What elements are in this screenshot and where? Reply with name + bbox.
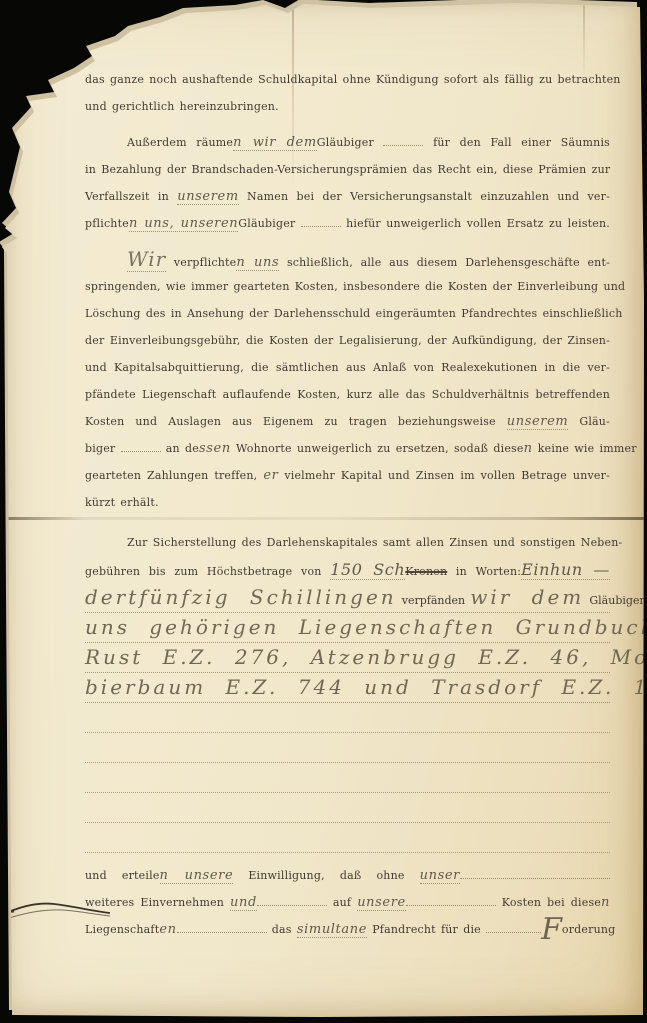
printed-text: und gerichtlich hereinzubringen. bbox=[85, 100, 279, 113]
handwritten-text: n bbox=[524, 441, 533, 456]
text-line: Kosten und Auslagen aus Eigenem zu trage… bbox=[85, 408, 610, 435]
printed-text: in Worten: bbox=[456, 565, 521, 578]
printed-text: Liegenschaft bbox=[85, 923, 159, 936]
handwritten-text: n unsere bbox=[160, 868, 234, 884]
handwritten-text: unserem bbox=[177, 189, 239, 205]
text-line: das ganze noch aushaftende Schuldkapital… bbox=[85, 66, 610, 93]
printed-text: Gläubiger bbox=[317, 136, 374, 149]
text-line: Löschung des in Ansehung der Darlehenssc… bbox=[85, 300, 610, 327]
dotted-blank bbox=[257, 894, 327, 906]
handwritten-text: Wir bbox=[127, 247, 166, 272]
ruled-blank-line bbox=[85, 733, 610, 763]
handwritten-text: Rust E.Z. 276, Atzenbrugg E.Z. 46, Moos- bbox=[85, 645, 647, 669]
printed-text: Gläu- bbox=[579, 415, 610, 428]
text-line: und gerichtlich hereinzubringen. bbox=[85, 93, 610, 120]
printed-text: Zur Sicherstellung des Darlehenskapitale… bbox=[127, 536, 622, 549]
printed-text: schließlich, alle aus diesem Darlehensge… bbox=[287, 256, 610, 269]
handwritten-text: unser bbox=[420, 868, 460, 884]
struck-word: Kronen bbox=[405, 565, 447, 578]
handwritten-line: bierbaum E.Z. 744 und Trasdorf E.Z. 1009 bbox=[85, 673, 610, 703]
printed-text: verpflichte bbox=[174, 256, 237, 269]
text-line: Wir verpflichten uns schließlich, alle a… bbox=[85, 246, 610, 273]
handwritten-text: simultane bbox=[297, 922, 367, 938]
printed-text: weiteres Einvernehmen bbox=[85, 896, 224, 909]
handwritten-text: und bbox=[230, 895, 257, 911]
printed-text: das ganze noch aushaftende Schuldkapital… bbox=[85, 73, 621, 86]
text-line: biger an dessen Wohnorte unweigerlich zu… bbox=[85, 435, 610, 462]
handwritten-initial: F bbox=[541, 912, 562, 947]
printed-text: auf bbox=[333, 896, 351, 909]
handwritten-text: en bbox=[159, 922, 176, 937]
handwritten-text: n bbox=[601, 895, 610, 910]
text-line: Liegenschaften das simultane Pfandrecht … bbox=[85, 916, 610, 943]
printed-text: an de bbox=[166, 442, 199, 455]
printed-text: das bbox=[272, 923, 292, 936]
printed-text: und Kapitalsabquittierung, die sämtliche… bbox=[85, 361, 610, 374]
ruled-blank-line bbox=[85, 703, 610, 733]
printed-text: hiefür unweigerlich vollen Ersatz zu lei… bbox=[346, 217, 610, 230]
text-line: der Einverleibungsgebühr, die Kosten der… bbox=[85, 327, 610, 354]
printed-text: Gläubiger bbox=[238, 217, 295, 230]
printed-text: Kosten und Auslagen aus Eigenem zu trage… bbox=[85, 415, 496, 428]
dotted-blank bbox=[460, 867, 610, 879]
printed-text: der Einverleibungsgebühr, die Kosten der… bbox=[85, 334, 610, 347]
handwritten-text: n wir dem bbox=[233, 135, 317, 151]
dotted-blank bbox=[177, 921, 267, 933]
dotted-blank bbox=[301, 215, 341, 227]
dotted-blank bbox=[406, 894, 496, 906]
handwritten-line: dertfünfzig Schillingen verpfänden wir d… bbox=[85, 583, 610, 613]
printed-text: und erteile bbox=[85, 869, 160, 882]
printed-text: gebühren bis zum Höchstbetrage von bbox=[85, 565, 322, 578]
text-line: pfändete Liegenschaft auflaufende Kosten… bbox=[85, 381, 610, 408]
printed-text: biger bbox=[85, 442, 115, 455]
printed-text: pflichte bbox=[85, 217, 129, 230]
handwritten-text: n uns bbox=[236, 255, 279, 271]
handwritten-text: bierbaum E.Z. 744 und Trasdorf E.Z. 1009 bbox=[85, 675, 647, 699]
document-page: das ganze noch aushaftende Schuldkapital… bbox=[0, 0, 647, 1023]
printed-text: springenden, wie immer gearteten Kosten,… bbox=[85, 280, 625, 293]
handwritten-text: Einhun — bbox=[521, 560, 610, 580]
text-line: gearteten Zahlungen treffen, er vielmehr… bbox=[85, 462, 610, 489]
printed-text: Gläubiger bbox=[589, 594, 644, 607]
printed-text: in Bezahlung der Brandschaden-Versicheru… bbox=[85, 163, 610, 176]
text-line: und Kapitalsabquittierung, die sämtliche… bbox=[85, 354, 610, 381]
text-line: springenden, wie immer gearteten Kosten,… bbox=[85, 273, 610, 300]
printed-text: keine wie immer bbox=[538, 442, 637, 455]
handwritten-text: dertfünfzig Schillingen bbox=[85, 585, 397, 609]
handwritten-text: 150 Sch bbox=[330, 560, 405, 580]
text-line: pflichten uns, unserenGläubiger hiefür u… bbox=[85, 210, 610, 237]
printed-text: Einwilligung, daß ohne bbox=[248, 869, 404, 882]
printed-text: pfändete Liegenschaft auflaufende Kosten… bbox=[85, 388, 610, 401]
printed-text: kürzt erhält. bbox=[85, 496, 159, 509]
handwritten-line: uns gehörigen Liegenschaften Grundbuch bbox=[85, 613, 610, 643]
handwritten-text: unsere bbox=[357, 895, 406, 911]
handwritten-text: uns gehörigen Liegenschaften Grundbuch bbox=[85, 615, 647, 639]
text-line: gebühren bis zum Höchstbetrage von 150 S… bbox=[85, 556, 610, 583]
ruled-blank-line bbox=[85, 763, 610, 793]
text-line: und erteilen unsere Einwilligung, daß oh… bbox=[85, 862, 610, 889]
handwritten-text: er bbox=[263, 468, 278, 483]
text-line: Außerdem räumen wir demGläubiger für den… bbox=[85, 129, 610, 156]
printed-text: vielmehr Kapital und Zinsen im vollen Be… bbox=[284, 469, 610, 482]
scan-background: das ganze noch aushaftende Schuldkapital… bbox=[0, 0, 647, 1023]
text-line: kürzt erhält. bbox=[85, 489, 610, 516]
printed-text: gearteten Zahlungen treffen, bbox=[85, 469, 257, 482]
ruled-blank-line bbox=[85, 823, 610, 853]
dotted-blank bbox=[486, 921, 541, 933]
text-line: Verfallszeit in unserem Namen bei der Ve… bbox=[85, 183, 610, 210]
printed-text: orderung bbox=[562, 923, 616, 936]
handwritten-text: ssen bbox=[199, 441, 231, 456]
document-text: das ganze noch aushaftende Schuldkapital… bbox=[85, 66, 610, 943]
handwritten-text: n uns, unseren bbox=[129, 216, 238, 232]
printed-text: Außerdem räume bbox=[127, 136, 233, 149]
ruled-blank-line bbox=[85, 793, 610, 823]
dotted-blank bbox=[383, 134, 423, 146]
handwritten-text: unserem bbox=[507, 414, 569, 430]
printed-text: Kosten bei diese bbox=[502, 896, 601, 909]
printed-text: Löschung des in Ansehung der Darlehenssc… bbox=[85, 307, 623, 320]
printed-text: Wohnorte unweigerlich zu ersetzen, sodaß… bbox=[236, 442, 524, 455]
printed-text: für den Fall einer Säumnis bbox=[433, 136, 610, 149]
handwritten-text: wir dem bbox=[470, 585, 584, 609]
text-line: Zur Sicherstellung des Darlehenskapitale… bbox=[85, 529, 610, 556]
printed-text: verpfänden bbox=[402, 594, 465, 607]
text-line: in Bezahlung der Brandschaden-Versicheru… bbox=[85, 156, 610, 183]
text-line: weiteres Einvernehmen und auf unsere Kos… bbox=[85, 889, 610, 916]
printed-text: Verfallszeit in bbox=[85, 190, 169, 203]
dotted-blank bbox=[121, 440, 161, 452]
printed-text: Namen bei der Versicherungsanstalt einzu… bbox=[247, 190, 610, 203]
printed-text: Pfandrecht für die bbox=[372, 923, 481, 936]
handwritten-line: Rust E.Z. 276, Atzenbrugg E.Z. 46, Moos- bbox=[85, 643, 610, 673]
